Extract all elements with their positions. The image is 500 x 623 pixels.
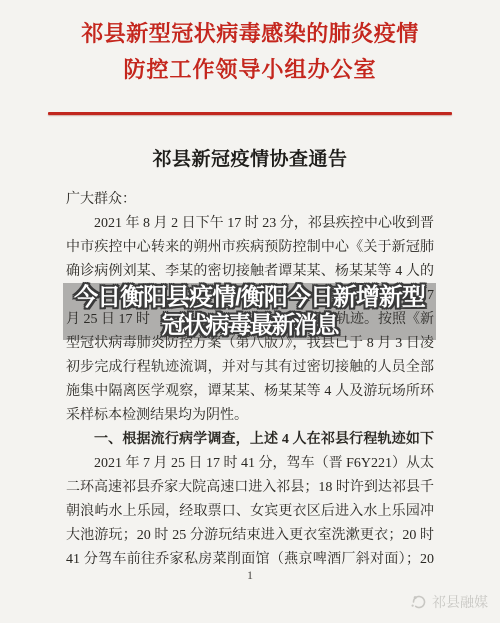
- notice-body: 广大群众： 2021 年 8 月 2 日下午 17 时 23 分，祁县疾控中心收…: [66, 188, 434, 572]
- subtitle-line-2: 冠状病毒最新消息: [63, 312, 436, 340]
- letterhead-line-1: 祁县新型冠状病毒感染的肺炎疫情: [0, 16, 500, 52]
- body-line: 确诊病例刘某、李某的密切接触者谭某某、杨某某等 4 人的密: [66, 260, 434, 284]
- body-line: 施集中隔离医学观察，谭某某、杨某某等 4 人及游玩场所环境: [66, 380, 434, 404]
- body-line: 中市疾控中心转来的朔州市疾病预防控制中心《关于新冠肺炎: [66, 236, 434, 260]
- body-line: 2021 年 8 月 2 日下午 17 时 23 分，祁县疾控中心收到晋: [66, 212, 434, 236]
- letterhead-divider: [48, 112, 452, 115]
- body-line: 初步完成行程轨迹流调，并对与其有过密切接触的人员全部实: [66, 356, 434, 380]
- letterhead-line-2: 防控工作领导小组办公室: [0, 52, 500, 88]
- page-number: 1: [0, 568, 500, 583]
- body-line: 大池游玩；20 时 25 分游玩结束进入更衣室洗漱更衣；20 时: [66, 524, 434, 548]
- body-line: 采样标本检测结果均为阴性。: [66, 404, 434, 428]
- notice-title: 祁县新冠疫情协查通告: [0, 144, 500, 171]
- body-line-salutation: 广大群众：: [66, 188, 434, 212]
- body-line: 朝浪屿水上乐园，经取票口、女宾更衣区后进入水上乐园冲浪: [66, 500, 434, 524]
- body-line: 2021 年 7 月 25 日 17 时 41 分，驾车（晋 F6Y221）从太…: [66, 452, 434, 476]
- letterhead: 祁县新型冠状病毒感染的肺炎疫情 防控工作领导小组办公室: [0, 16, 500, 88]
- watermark: 祁县融媒: [410, 592, 488, 612]
- section-heading: 一、根据流行病学调查，上述 4 人在祁县行程轨迹如下: [66, 428, 434, 452]
- qixian-media-logo-icon: [410, 593, 428, 611]
- watermark-label: 祁县融媒: [432, 592, 488, 612]
- body-line: 二环高速祁县乔家大院高速口进入祁县；18 时许到达祁县千: [66, 476, 434, 500]
- subtitle-overlay: 今日衡阳县疫情/衡阳今日新增新型 冠状病毒最新消息: [63, 283, 436, 340]
- subtitle-line-1: 今日衡阳县疫情/衡阳今日新增新型: [63, 284, 436, 312]
- scanned-notice-image: 祁县新型冠状病毒感染的肺炎疫情 防控工作领导小组办公室 祁县新冠疫情协查通告 广…: [0, 0, 500, 623]
